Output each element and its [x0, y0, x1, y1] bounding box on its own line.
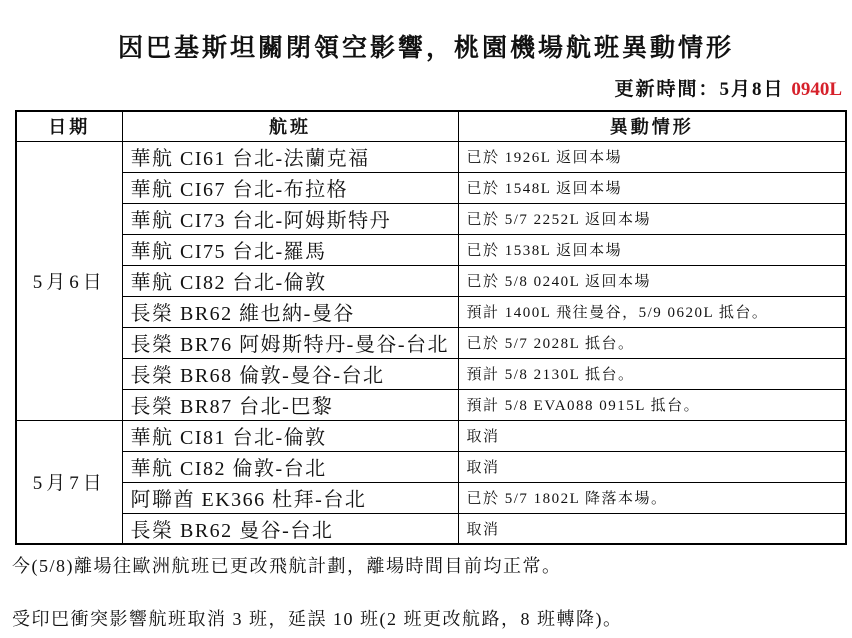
table-row: 5月6日 華航 CI61 台北-法蘭克福 已於 1926L 返回本場 — [16, 141, 846, 172]
table-row: 長榮 BR76 阿姆斯特丹-曼谷-台北 已於 5/7 2028L 抵台。 — [16, 327, 846, 358]
status-cell: 已於 1538L 返回本場 — [458, 234, 846, 265]
table-row: 長榮 BR68 倫敦-曼谷-台北 預計 5/8 2130L 抵台。 — [16, 358, 846, 389]
note-departures: 今(5/8)離場往歐洲航班已更改飛航計劃，離場時間目前均正常。 — [12, 552, 852, 578]
page-title: 因巴基斯坦關閉領空影響，桃園機場航班異動情形 — [0, 0, 852, 64]
flight-changes-table: 日期 航班 異動情形 5月6日 華航 CI61 台北-法蘭克福 已於 1926L… — [15, 110, 847, 545]
status-cell: 已於 5/7 2252L 返回本場 — [458, 203, 846, 234]
status-cell: 已於 5/7 2028L 抵台。 — [458, 327, 846, 358]
table-row: 華航 CI67 台北-布拉格 已於 1548L 返回本場 — [16, 172, 846, 203]
status-cell: 預計 5/8 2130L 抵台。 — [458, 358, 846, 389]
update-time-value: 0940L — [791, 79, 842, 100]
flight-cell: 長榮 BR76 阿姆斯特丹-曼谷-台北 — [122, 327, 458, 358]
status-cell: 預計 5/8 EVA088 0915L 抵台。 — [458, 389, 846, 420]
flight-cell: 華航 CI75 台北-羅馬 — [122, 234, 458, 265]
flight-cell: 華航 CI82 台北-倫敦 — [122, 265, 458, 296]
date-cell-may-7: 5月7日 — [16, 420, 122, 544]
update-time-line: 更新時間：5月8日 0940L — [0, 74, 852, 101]
status-cell: 取消 — [458, 513, 846, 544]
table-row: 華航 CI82 台北-倫敦 已於 5/8 0240L 返回本場 — [16, 265, 846, 296]
status-cell: 已於 1548L 返回本場 — [458, 172, 846, 203]
update-time-label: 更新時間：5月8日 — [615, 79, 792, 100]
flight-cell: 長榮 BR62 維也納-曼谷 — [122, 296, 458, 327]
note-summary: 受印巴衝突影響航班取消 3 班，延誤 10 班(2 班更改航路，8 班轉降)。 — [12, 605, 852, 631]
notice-page: 因巴基斯坦關閉領空影響，桃園機場航班異動情形 更新時間：5月8日 0940L 日… — [0, 0, 852, 638]
table-row: 華航 CI73 台北-阿姆斯特丹 已於 5/7 2252L 返回本場 — [16, 203, 846, 234]
column-header-status: 異動情形 — [458, 111, 846, 141]
flight-cell: 長榮 BR68 倫敦-曼谷-台北 — [122, 358, 458, 389]
status-cell: 已於 5/7 1802L 降落本場。 — [458, 482, 846, 513]
date-cell-may-6: 5月6日 — [16, 141, 122, 420]
flight-cell: 華航 CI81 台北-倫敦 — [122, 420, 458, 451]
flight-cell: 華航 CI61 台北-法蘭克福 — [122, 141, 458, 172]
table-row: 5月7日 華航 CI81 台北-倫敦 取消 — [16, 420, 846, 451]
table-row: 華航 CI75 台北-羅馬 已於 1538L 返回本場 — [16, 234, 846, 265]
status-cell: 已於 5/8 0240L 返回本場 — [458, 265, 846, 296]
flight-cell: 華航 CI82 倫敦-台北 — [122, 451, 458, 482]
status-cell: 取消 — [458, 451, 846, 482]
table-row: 阿聯酋 EK366 杜拜-台北 已於 5/7 1802L 降落本場。 — [16, 482, 846, 513]
flight-cell: 華航 CI73 台北-阿姆斯特丹 — [122, 203, 458, 234]
flight-cell: 長榮 BR87 台北-巴黎 — [122, 389, 458, 420]
table-row: 長榮 BR87 台北-巴黎 預計 5/8 EVA088 0915L 抵台。 — [16, 389, 846, 420]
column-header-flight: 航班 — [122, 111, 458, 141]
status-cell: 已於 1926L 返回本場 — [458, 141, 846, 172]
status-cell: 預計 1400L 飛往曼谷，5/9 0620L 抵台。 — [458, 296, 846, 327]
table-row: 長榮 BR62 維也納-曼谷 預計 1400L 飛往曼谷，5/9 0620L 抵… — [16, 296, 846, 327]
column-header-date: 日期 — [16, 111, 122, 141]
flight-cell: 華航 CI67 台北-布拉格 — [122, 172, 458, 203]
flight-cell: 阿聯酋 EK366 杜拜-台北 — [122, 482, 458, 513]
status-cell: 取消 — [458, 420, 846, 451]
table-header-row: 日期 航班 異動情形 — [16, 111, 846, 141]
table-row: 華航 CI82 倫敦-台北 取消 — [16, 451, 846, 482]
table-row: 長榮 BR62 曼谷-台北 取消 — [16, 513, 846, 544]
flight-cell: 長榮 BR62 曼谷-台北 — [122, 513, 458, 544]
